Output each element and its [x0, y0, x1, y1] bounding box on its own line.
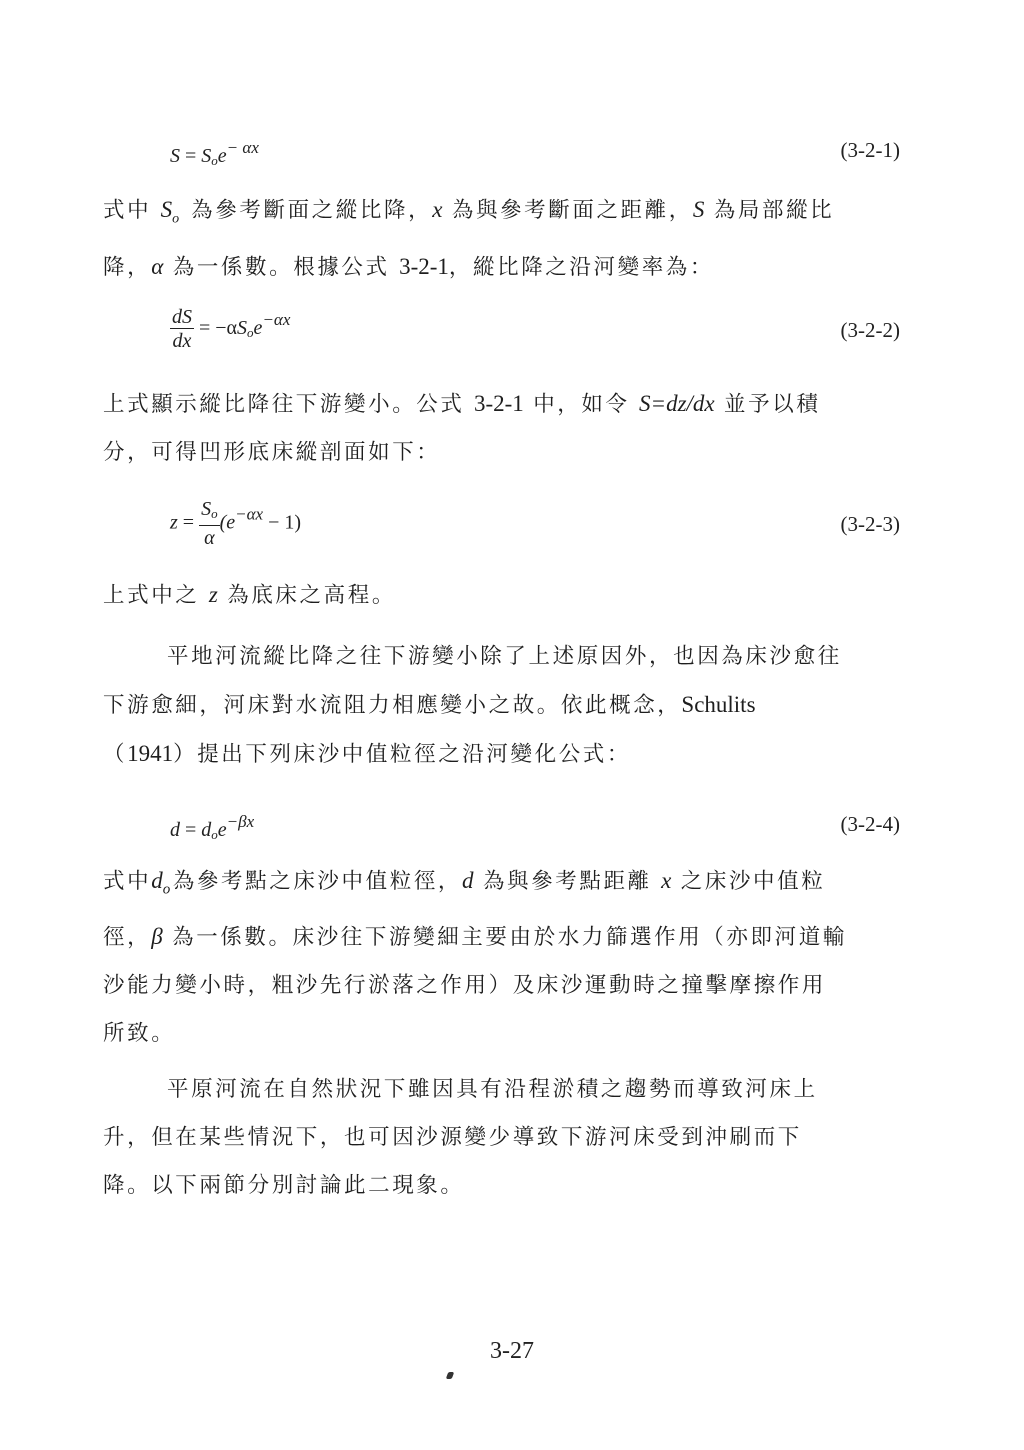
text-line: 升，但在某些情況下，也可因沙源變少導致下游河床受到沖刷而下: [103, 1114, 893, 1162]
text-line: 降，α 為一係數。根據公式 3-2-1，縱比降之沿河變率為：: [103, 243, 893, 292]
eq-exponent: − αx: [227, 138, 259, 157]
text: 為一係數。床沙往下游變細主要由於水力篩選作用（亦即河道輸: [163, 925, 847, 950]
var: β: [151, 924, 162, 949]
var: S: [161, 197, 173, 222]
numerator-base: S: [201, 498, 211, 520]
fraction: dSdx: [170, 306, 194, 353]
equation-ref: 3-2-1: [474, 391, 524, 416]
numerator-subscript: o: [211, 506, 218, 521]
var: x: [432, 197, 442, 222]
text-line: 下游愈細，河床對水流阻力相應變小之故。依此概念，Schulits: [103, 681, 893, 730]
subscript: o: [172, 211, 182, 226]
text: 為一係數。根據公式: [163, 255, 399, 280]
eq-paren-close: − 1): [263, 512, 301, 534]
eq-base: d: [201, 819, 211, 841]
eq-base: S: [237, 317, 247, 339]
paragraph-z-definition: 上式中之 z 為底床之高程。: [103, 571, 893, 620]
eq-base: S: [201, 145, 211, 167]
text: 徑，: [103, 925, 151, 950]
text-line: （1941）提出下列床沙中值粒徑之沿河變化公式：: [103, 730, 893, 779]
var: S: [693, 197, 705, 222]
subscript: o: [163, 881, 173, 897]
text: 上式顯示縱比降往下游變小。公式: [103, 392, 474, 417]
text: 為局部縱比: [704, 198, 834, 223]
text: ，縱比降之沿河變率為：: [449, 255, 714, 280]
text-line: 降。以下兩節分別討論此二現象。: [103, 1162, 893, 1210]
text: 上式中之: [103, 583, 209, 608]
equation-number: (3-2-3): [841, 512, 900, 537]
text: 平地河流縱比降之往下游變小除了上述原因外，也因為床沙愈往: [167, 644, 842, 669]
text: （: [103, 742, 127, 767]
equation-3-2-4: d = doe−βx (3-2-4): [170, 812, 900, 843]
year: 1941: [127, 741, 173, 766]
text-line: 所致。: [103, 1010, 893, 1058]
equation-3-2-3: z = Soα(e−αx − 1) (3-2-3): [170, 498, 900, 550]
paragraph-definitions-1: 式中 So 為參考斷面之縱比降，x 為與參考斷面之距離，S 為局部縱比 降，α …: [103, 186, 893, 292]
paragraph-grain-size: 式中do為參考點之床沙中值粒徑，d 為與參考點距離 x 之床沙中值粒 徑，β 為…: [103, 857, 893, 1058]
denominator: dx: [170, 329, 194, 353]
equation-number: (3-2-1): [841, 138, 900, 163]
eq-sign: =: [180, 819, 201, 841]
document-page: S = Soe− αx (3-2-1) 式中 So 為參考斷面之縱比降，x 為與…: [0, 0, 1024, 1450]
paragraph-schulits: 平地河流縱比降之往下游變小除了上述原因外，也因為床沙愈往 下游愈細，河床對水流阻…: [103, 633, 893, 779]
text: 為參考點之床沙中值粒徑，: [173, 869, 462, 894]
paragraph-integration: 上式顯示縱比降往下游變小。公式 3-2-1 中，如令 S=dz/dx 並予以積 …: [103, 380, 893, 477]
fraction: Soα: [199, 498, 220, 550]
text-line: 式中 So 為參考斷面之縱比降，x 為與參考斷面之距離，S 為局部縱比: [103, 186, 893, 243]
text: 為參考斷面之縱比降，: [182, 198, 432, 223]
page-number: 3-27: [0, 1338, 1024, 1365]
var: z: [209, 582, 218, 607]
eq-sign: =: [178, 512, 199, 534]
eq-exponent: −αx: [235, 505, 263, 524]
eq-lhs: d: [170, 819, 180, 841]
var: α: [151, 254, 163, 279]
text: 為與參考點距離: [474, 869, 662, 894]
text: ）提出下列床沙中值粒徑之沿河變化公式：: [173, 742, 631, 767]
eq-exp-base: e: [218, 145, 227, 167]
eq-exponent: −αx: [262, 310, 290, 329]
eq-sign: = −α: [194, 317, 237, 339]
text: 降，: [103, 255, 151, 280]
text: 中，如令: [524, 392, 639, 417]
author-name: Schulits: [681, 692, 755, 717]
numerator: dS: [170, 306, 194, 329]
text-line: 徑，β 為一係數。床沙往下游變細主要由於水力篩選作用（亦即河道輸: [103, 913, 893, 962]
text: 平原河流在自然狀況下雖因具有沿程淤積之趨勢而導致河床上: [167, 1077, 818, 1102]
equation-3-2-2: dSdx = −αSoe−αx (3-2-2): [170, 306, 900, 353]
var: S=dz/dx: [639, 391, 715, 416]
eq-lhs: z: [170, 512, 178, 534]
equation-3-2-1: S = Soe− αx (3-2-1): [170, 138, 900, 169]
text: 式中: [103, 198, 161, 223]
text: 下游愈細，河床對水流阻力相應變小之故。依此概念，: [103, 693, 681, 718]
text: 之床沙中值粒: [671, 869, 825, 894]
denominator: α: [199, 526, 220, 550]
var: d: [151, 868, 163, 893]
eq-sign: =: [180, 145, 201, 167]
text-line: 沙能力變小時，粗沙先行淤落之作用）及床沙運動時之撞擊摩擦作用: [103, 962, 893, 1010]
text-line: 分，可得凹形底床縱剖面如下：: [103, 429, 893, 477]
text: 式中: [103, 869, 151, 894]
eq-exp-base: e: [218, 819, 227, 841]
equation-number: (3-2-2): [841, 318, 900, 343]
text-line: 平地河流縱比降之往下游變小除了上述原因外，也因為床沙愈往: [103, 633, 893, 681]
var: x: [661, 868, 671, 893]
text-line: 上式中之 z 為底床之高程。: [103, 571, 893, 620]
var: d: [462, 868, 474, 893]
text: 為底床之高程。: [218, 583, 396, 608]
eq-paren-open: (e: [220, 512, 236, 534]
text: 為與參考斷面之距離，: [442, 198, 692, 223]
eq-lhs: S: [170, 145, 180, 167]
eq-exponent: −βx: [227, 812, 254, 831]
equation-ref: 3-2-1: [399, 254, 449, 279]
text: 並予以積: [715, 392, 821, 417]
paragraph-plain-rivers: 平原河流在自然狀況下雖因具有沿程淤積之趨勢而導致河床上 升，但在某些情況下，也可…: [103, 1066, 893, 1210]
numerator: So: [199, 498, 220, 526]
equation-number: (3-2-4): [841, 812, 900, 837]
text-line: 式中do為參考點之床沙中值粒徑，d 為與參考點距離 x 之床沙中值粒: [103, 857, 893, 913]
text-line: 平原河流在自然狀況下雖因具有沿程淤積之趨勢而導致河床上: [103, 1066, 893, 1114]
text-line: 上式顯示縱比降往下游變小。公式 3-2-1 中，如令 S=dz/dx 並予以積: [103, 380, 893, 429]
scan-artifact-mark: [446, 1372, 455, 1379]
